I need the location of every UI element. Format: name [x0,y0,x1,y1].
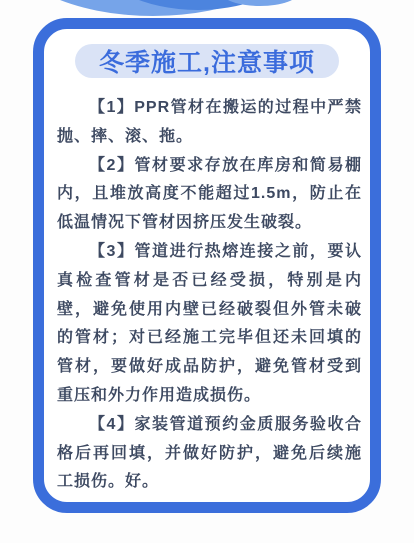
swirl-decoration-icon [48,0,318,18]
title-pill: 冬季施工,注意事项 [75,44,339,78]
notice-body: 【1】PPR管材在搬运的过程中严禁抛、摔、滚、拖。 【2】管材要求存放在库房和简… [57,94,362,497]
paragraph-2: 【2】管材要求存放在库房和简易棚内，且堆放高度不能超过1.5m，防止在低温情况下… [57,152,362,238]
paragraph-4: 【4】家装管道预约金质服务验收合格后再回填，并做好防护，避免后续施工损伤。好。 [57,411,362,497]
page-background: { "colors": { "card_border": "#3b6edb", … [0,0,414,543]
paragraph-1: 【1】PPR管材在搬运的过程中严禁抛、摔、滚、拖。 [57,94,362,152]
paragraph-3: 【3】管道进行热熔连接之前，要认真检查管材是否已经受损，特别是内壁，避免使用内壁… [57,238,362,411]
notice-card: 冬季施工,注意事项 【1】PPR管材在搬运的过程中严禁抛、摔、滚、拖。 【2】管… [33,18,381,513]
page-title: 冬季施工,注意事项 [99,43,315,79]
